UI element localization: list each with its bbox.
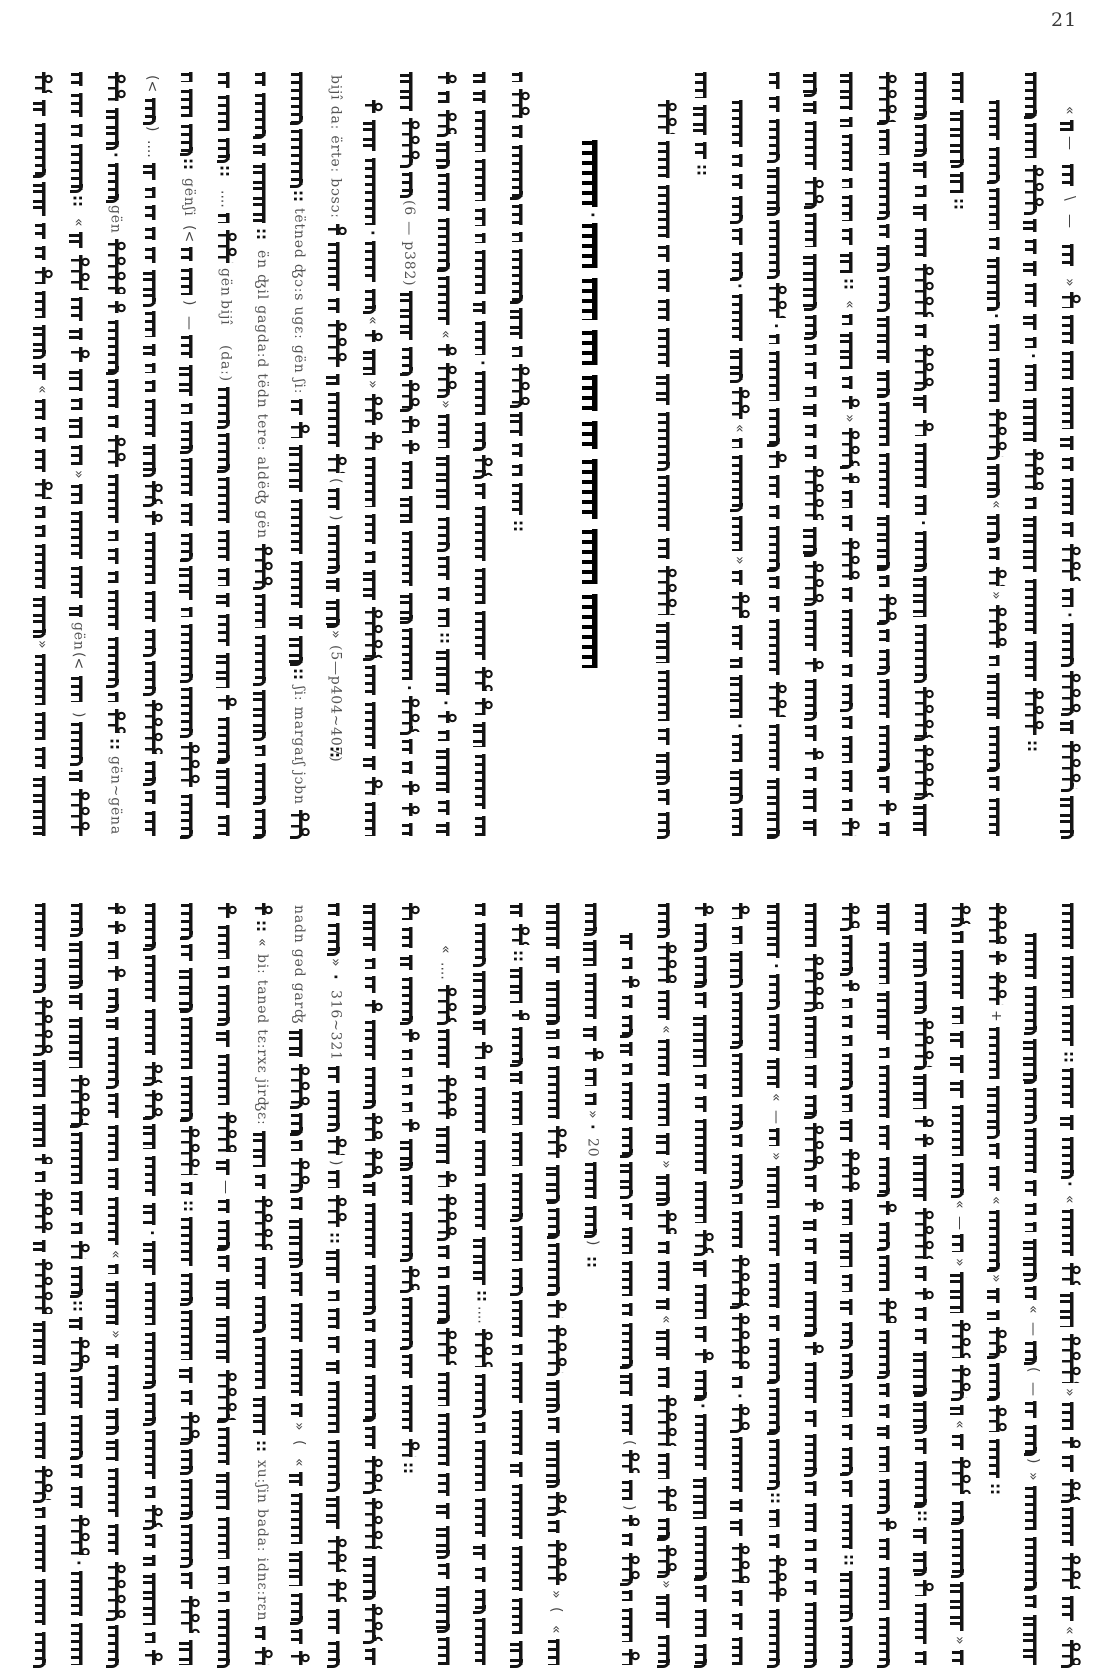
mongolian-word (692, 1096, 714, 1113)
mongolian-word (545, 1417, 567, 1433)
mongolian-word (655, 1594, 677, 1628)
mongolian-word (1059, 1005, 1081, 1046)
quote-mark: « (1058, 1626, 1082, 1635)
mongolian-word (802, 1016, 824, 1058)
mongolian-word (398, 1297, 420, 1347)
mongolian-word (545, 1520, 567, 1533)
mongolian-word (949, 1529, 971, 1575)
mongolian-word (802, 1065, 824, 1088)
mongolian-word (251, 903, 273, 915)
mongolian-word (471, 1042, 493, 1059)
mongolian-word (178, 903, 200, 937)
mongolian-word (68, 1486, 90, 1509)
mongolian-word (435, 1503, 457, 1519)
mongolian-word (251, 1257, 273, 1288)
mongolian-word (692, 956, 714, 986)
punctuation: :: (470, 1290, 494, 1302)
quote-mark: » (103, 1330, 127, 1339)
mongolian-word (508, 1091, 530, 1125)
mongolian-word (31, 1507, 53, 1517)
mongolian-word (31, 1104, 53, 1147)
mongolian-word (471, 1422, 493, 1432)
mongolian-word (912, 1551, 934, 1574)
mongolian-word (31, 1060, 53, 1097)
mongolian-word (471, 971, 493, 1012)
mongolian-word (435, 1526, 457, 1555)
mongolian-word (728, 1404, 750, 1431)
mongolian-word (765, 1509, 787, 1527)
mongolian-word (728, 1376, 750, 1388)
text-column (30, 903, 54, 1665)
mongolian-word (471, 1237, 493, 1285)
quote-mark: « (1058, 1195, 1082, 1204)
punctuation: :: (507, 950, 531, 962)
mongolian-word (398, 1385, 420, 1432)
mongolian-word (104, 966, 126, 982)
mongolian-word (728, 1255, 750, 1307)
mongolian-word (949, 1457, 971, 1494)
mongolian-word (838, 1383, 860, 1417)
punctuation: — (1021, 1382, 1045, 1396)
mongolian-word (875, 1222, 897, 1248)
mongolian-word (508, 1173, 530, 1219)
text-column: «»«» (654, 903, 678, 1665)
mongolian-word (912, 1603, 934, 1644)
mongolian-word (655, 942, 677, 983)
mongolian-word (618, 1480, 640, 1500)
mongolian-word (765, 1609, 787, 1665)
mongolian-word (912, 1208, 934, 1259)
mongolian-word (875, 1255, 897, 1291)
quote-mark: « (250, 938, 274, 947)
mongolian-word (618, 976, 640, 988)
mongolian-word (141, 1009, 163, 1055)
mongolian-word (655, 1518, 677, 1538)
quote-mark: « (654, 1025, 678, 1034)
mongolian-word (949, 1365, 971, 1398)
mongolian-word (68, 1415, 90, 1456)
mongolian-word (765, 1128, 787, 1146)
mongolian-word (178, 944, 200, 961)
mongolian-word (68, 1132, 90, 1184)
mongolian-word (949, 1234, 971, 1252)
mongolian-word (582, 1093, 604, 1105)
mongolian-word (508, 1300, 530, 1337)
mongolian-word (545, 1208, 567, 1236)
latin-transcription: xuːʃin badaː idnɛːrɛn (251, 1460, 273, 1621)
mongolian-word (361, 1203, 383, 1258)
mongolian-word (985, 1027, 1007, 1079)
mongolian-word (545, 1380, 567, 1409)
mongolian-word (618, 1450, 640, 1473)
mongolian-word (875, 1201, 897, 1215)
text-column: :: (507, 903, 531, 1665)
mongolian-word (31, 1321, 53, 1366)
mongolian-word (471, 1498, 493, 1537)
mongolian-word (288, 1651, 310, 1665)
mongolian-word (361, 1339, 383, 1368)
mongolian-word (912, 1580, 934, 1595)
mongolian-word (765, 1058, 787, 1088)
mongolian-word (178, 968, 200, 1011)
mongolian-word (802, 1602, 824, 1665)
mongolian-word (471, 1140, 493, 1176)
mongolian-word (398, 1067, 420, 1078)
mongolian-word (838, 1299, 860, 1315)
mongolian-word (618, 1015, 640, 1036)
mongolian-word (361, 958, 383, 969)
mongolian-word (912, 1651, 934, 1665)
mongolian-word (838, 1035, 860, 1046)
mongolian-word (545, 1126, 567, 1157)
punctuation: :: (250, 920, 274, 932)
mongolian-word (361, 976, 383, 993)
mongolian-word (435, 1372, 457, 1406)
mongolian-word (141, 1124, 163, 1149)
mongolian-word (31, 997, 53, 1052)
mongolian-word (31, 1240, 53, 1251)
mongolian-word (949, 1434, 971, 1451)
mongolian-word (838, 1199, 860, 1225)
mongolian-word (1022, 1039, 1044, 1080)
mongolian-word (68, 1337, 90, 1369)
mongolian-word (838, 1424, 860, 1440)
mongolian-word (325, 1308, 347, 1329)
punctuation: :: (67, 1300, 91, 1312)
punctuation: .... (434, 962, 458, 980)
mongolian-word (1022, 1239, 1044, 1279)
mongolian-word (215, 1279, 237, 1308)
quote-mark: « (1021, 1305, 1045, 1314)
mongolian-word (765, 974, 787, 1007)
mongolian-word (508, 1268, 530, 1293)
mongolian-word (288, 1158, 310, 1190)
mongolian-word (912, 1328, 934, 1344)
mongolian-word (215, 1566, 237, 1584)
mongolian-word (104, 1281, 126, 1325)
mongolian-word (802, 1291, 824, 1335)
mongolian-word (215, 1472, 237, 1509)
mongolian-word (31, 958, 53, 991)
quote-mark: « (764, 1093, 788, 1102)
mongolian-word (728, 1637, 750, 1665)
punctuation: :: (1058, 1051, 1082, 1063)
mongolian-word (875, 903, 897, 935)
mongolian-word (545, 1300, 567, 1318)
punctuation: · (727, 1393, 751, 1399)
mongolian-word (325, 923, 347, 953)
mongolian-word (949, 1501, 971, 1522)
mongolian-word (398, 1439, 420, 1457)
mongolian-word (325, 1536, 347, 1572)
mongolian-word (141, 1393, 163, 1423)
mongolian-word (692, 1119, 714, 1174)
mongolian-word (104, 1439, 126, 1461)
mongolian-word (875, 1425, 897, 1438)
mongolian-word (618, 1082, 640, 1120)
text-column: ::· (67, 903, 91, 1665)
mongolian-word (508, 1071, 530, 1084)
latin-transcription: biː tanəd tɛːrxɛ jirʤɛː (251, 954, 273, 1126)
mongolian-word (31, 1579, 53, 1625)
mongolian-word (361, 1148, 383, 1175)
punctuation: ( (1021, 1367, 1045, 1372)
mongolian-word (618, 1533, 640, 1546)
mongolian-word (31, 1372, 53, 1415)
mongolian-word (1059, 956, 1081, 998)
mongolian-word (31, 1189, 53, 1233)
text-column: · (691, 903, 715, 1665)
mongolian-word (838, 1149, 860, 1192)
quote-mark: « (103, 1250, 127, 1259)
quote-mark: « (287, 1458, 311, 1467)
mongolian-word (949, 1055, 971, 1073)
mongolian-word (838, 1274, 860, 1292)
mongolian-word (692, 1349, 714, 1362)
mongolian-word (361, 903, 383, 951)
mongolian-word (692, 903, 714, 916)
mongolian-word (545, 1165, 567, 1201)
mongolian-word (582, 1206, 604, 1235)
mongolian-word (104, 1365, 126, 1401)
quote-mark: » (654, 1580, 678, 1589)
mongolian-word (178, 1524, 200, 1565)
mongolian-word (728, 1590, 750, 1606)
mongolian-word (618, 1404, 640, 1435)
text-column: +«»:: (984, 903, 1008, 1499)
text-column: · (140, 903, 164, 1665)
mongolian-word (765, 1215, 787, 1256)
mongolian-word (875, 942, 897, 985)
mongolian-word (618, 1227, 640, 1254)
mongolian-word (31, 1154, 53, 1164)
mongolian-word (765, 1388, 787, 1432)
mongolian-word (949, 931, 971, 943)
mongolian-word (655, 903, 677, 935)
mongolian-word (728, 903, 750, 919)
mongolian-word (912, 1074, 934, 1109)
punctuation: :: (911, 1510, 935, 1522)
mongolian-word (618, 1042, 640, 1056)
mongolian-word (655, 1083, 677, 1126)
mongolian-word (949, 1320, 971, 1358)
mongolian-word (618, 1590, 640, 1601)
text-column: :: (837, 903, 861, 1665)
text-column: «—»«» (948, 903, 972, 1665)
mongolian-word (471, 1567, 493, 1582)
mongolian-word (251, 1196, 273, 1250)
mongolian-word (692, 1370, 714, 1398)
mongolian-word (618, 1608, 640, 1642)
mongolian-word (1059, 1596, 1081, 1621)
mongolian-word (692, 1260, 714, 1278)
mongolian-word (31, 1171, 53, 1182)
mongolian-word (802, 1481, 824, 1496)
mongolian-word (1059, 1479, 1081, 1500)
mongolian-word (618, 957, 640, 969)
mongolian-word (471, 1066, 493, 1080)
mongolian-word (728, 951, 750, 986)
mongolian-word (141, 955, 163, 1002)
mongolian-word (68, 1464, 90, 1479)
mongolian-word (1022, 1222, 1044, 1232)
mongolian-word (765, 1534, 787, 1548)
mongolian-word (508, 903, 530, 917)
mongolian-word (692, 1526, 714, 1578)
mongolian-word (692, 923, 714, 948)
mongolian-word (582, 1068, 604, 1085)
number: 316~321 (325, 990, 347, 1061)
mongolian-word (985, 1327, 1007, 1356)
mongolian-word (802, 1199, 824, 1212)
mongolian-word (361, 1648, 383, 1665)
mongolian-word (728, 1053, 750, 1097)
mongolian-word (912, 981, 934, 1011)
mongolian-word (545, 1440, 567, 1485)
mongolian-word (985, 1086, 1007, 1136)
mongolian-word (949, 1405, 971, 1415)
mongolian-word (288, 1493, 310, 1544)
mongolian-word (435, 1171, 457, 1186)
latin-transcription: nadn gəd garʤ (288, 905, 310, 1024)
punctuation: · (1058, 1181, 1082, 1187)
mongolian-word (215, 1316, 237, 1363)
punctuation: :: (324, 1232, 348, 1244)
mongolian-word (68, 1376, 90, 1409)
mongolian-word (471, 1374, 493, 1415)
mongolian-word (435, 1245, 457, 1258)
mongolian-word (141, 1430, 163, 1479)
mongolian-word (288, 1629, 310, 1644)
text-column: ::.... (470, 903, 494, 1665)
mongolian-word (178, 1640, 200, 1665)
mongolian-word (912, 1288, 934, 1300)
quote-mark: » (544, 1590, 568, 1599)
mongolian-word (288, 1113, 310, 1133)
mongolian-word (618, 1303, 640, 1316)
mongolian-word (838, 1094, 860, 1112)
mongolian-word (104, 1125, 126, 1161)
punctuation: :: (984, 1483, 1008, 1495)
text-column: »·20):: (581, 903, 605, 1272)
mongolian-word (985, 903, 1007, 944)
mongolian-word (288, 1218, 310, 1265)
mongolian-word (1059, 1334, 1081, 1383)
mongolian-word (104, 1344, 126, 1358)
mongolian-word (618, 1323, 640, 1367)
mongolian-word (875, 1479, 897, 1511)
mongolian-word (692, 1644, 714, 1665)
mongolian-word (765, 1338, 787, 1381)
mongolian-word (765, 1439, 787, 1487)
mongolian-word (508, 1010, 530, 1020)
mongolian-word (949, 1272, 971, 1313)
mongolian-word (985, 1210, 1007, 1269)
mongolian-word (141, 1505, 163, 1527)
mongolian-word (325, 1579, 347, 1601)
mongolian-word (655, 1453, 677, 1480)
mongolian-word (655, 1298, 677, 1310)
mongolian-word (508, 1132, 530, 1166)
mongolian-word (765, 1315, 787, 1331)
punctuation: — (214, 1180, 238, 1194)
mongolian-word (838, 1322, 860, 1345)
mongolian-word (655, 1635, 677, 1665)
mongolian-word (838, 1480, 860, 1497)
mongolian-word (508, 1546, 530, 1591)
mongolian-word (838, 1447, 860, 1474)
mongolian-word (141, 1241, 163, 1275)
quote-mark: » (764, 1152, 788, 1161)
mongolian-word (655, 1241, 677, 1255)
punctuation: :: (837, 1554, 861, 1566)
mongolian-word (875, 1125, 897, 1150)
mongolian-word (288, 1303, 310, 1342)
mongolian-word (728, 1543, 750, 1584)
mongolian-word (68, 1191, 90, 1215)
mongolian-word (288, 1472, 310, 1487)
mongolian-word (802, 903, 824, 947)
mongolian-word (215, 985, 237, 1023)
mongolian-word (141, 1062, 163, 1084)
mongolian-word (912, 903, 934, 934)
mongolian-word (251, 1396, 273, 1435)
punctuation: ) (617, 1505, 641, 1510)
text-column: »(« (544, 903, 568, 1665)
mongolian-word (545, 1243, 567, 1293)
mongolian-word (398, 1049, 420, 1060)
mongolian-word (728, 992, 750, 1045)
mongolian-word (655, 1261, 677, 1291)
mongolian-word (361, 1456, 383, 1491)
mongolian-word (985, 1143, 1007, 1159)
mongolian-word (582, 973, 604, 1019)
mongolian-word (398, 1266, 420, 1289)
mongolian-word (141, 1090, 163, 1117)
mongolian-word (325, 1609, 347, 1634)
mongolian-word (361, 1000, 383, 1012)
mongolian-word (141, 1555, 163, 1566)
quote-mark: » (287, 1422, 311, 1431)
mongolian-word (361, 1067, 383, 1106)
mongolian-word (215, 1591, 237, 1602)
mongolian-word (802, 1539, 824, 1551)
mongolian-word (655, 1210, 677, 1233)
mongolian-word (1022, 1088, 1044, 1121)
quote-mark: » (581, 1110, 605, 1119)
mongolian-word (31, 1422, 53, 1459)
mongolian-word (618, 1553, 640, 1584)
mongolian-word (838, 1504, 860, 1549)
mongolian-word (398, 955, 420, 970)
mongolian-word (985, 951, 1007, 965)
text-column: () (617, 933, 641, 1665)
mongolian-word (802, 1503, 824, 1532)
mongolian-word (802, 954, 824, 1009)
mongolian-word (692, 1015, 714, 1067)
mongolian-word (912, 1307, 934, 1321)
mongolian-word (361, 1604, 383, 1641)
document-page: 21 «»::«»gën(<)·gën::gën~gëna(<)....::gë… (0, 0, 1114, 1678)
mongolian-word (618, 1162, 640, 1196)
mongolian-word (471, 1329, 493, 1368)
mongolian-word (288, 1349, 310, 1397)
mongolian-word (838, 1232, 860, 1267)
mongolian-word (765, 903, 787, 958)
mongolian-word (728, 1499, 750, 1512)
punctuation: · (581, 1124, 605, 1130)
mongolian-word (361, 1498, 383, 1549)
